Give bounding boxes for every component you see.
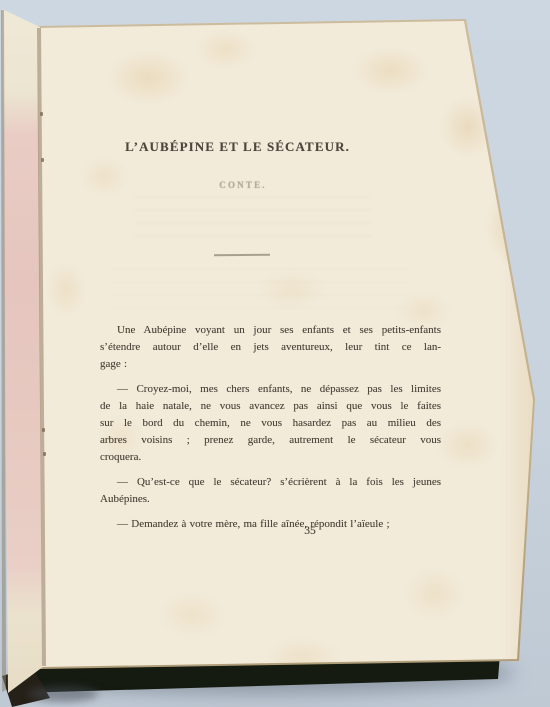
book-photo: L’AUBÉPINE ET LE SÉCATEUR. CONTE. Une Au… (0, 0, 550, 707)
text-line: sur le bord du chemin, ne vous hasardez … (100, 415, 441, 432)
text-line: — Qu’est-ce que le sécateur? s’écrièrent… (100, 474, 441, 491)
text-line: croquera. (100, 449, 441, 466)
text-line: arbres voisins ; prenez garde, autrement… (100, 432, 441, 449)
binding-stitch (41, 158, 44, 162)
paragraph: Une Aubépine voyant un jour ses enfants … (100, 322, 441, 373)
paragraph: — Demandez à votre mère, ma fille aînée,… (100, 516, 441, 533)
binding-stitch (42, 428, 45, 432)
paragraph: — Croyez-moi, mes chers enfants, ne dépa… (100, 381, 441, 466)
binding-stitch (40, 112, 43, 116)
text-line: — Demandez à votre mère, ma fille aînée,… (100, 516, 441, 533)
paragraph: — Qu’est-ce que le sécateur? s’écrièrent… (100, 474, 441, 508)
binding-stitch (43, 452, 46, 456)
text-line: s’étendre autour d’elle en jets aventure… (100, 339, 441, 356)
cover-corner-shadow (28, 686, 98, 702)
text-line: — Croyez-moi, mes chers enfants, ne dépa… (100, 381, 441, 398)
page-subtitle: CONTE. (203, 180, 283, 190)
page-title: L’AUBÉPINE ET LE SÉCATEUR. (115, 139, 360, 155)
page-number: 35 (290, 525, 330, 537)
ink-show-through (112, 268, 407, 320)
text-line: Aubépines. (100, 491, 441, 508)
ink-show-through (135, 196, 370, 238)
text-line: Une Aubépine voyant un jour ses enfants … (100, 322, 441, 339)
text-line: gage : (100, 356, 441, 373)
body-text: Une Aubépine voyant un jour ses enfants … (100, 322, 441, 541)
text-line: de la haie natale, ne vous avancez pas a… (100, 398, 441, 415)
